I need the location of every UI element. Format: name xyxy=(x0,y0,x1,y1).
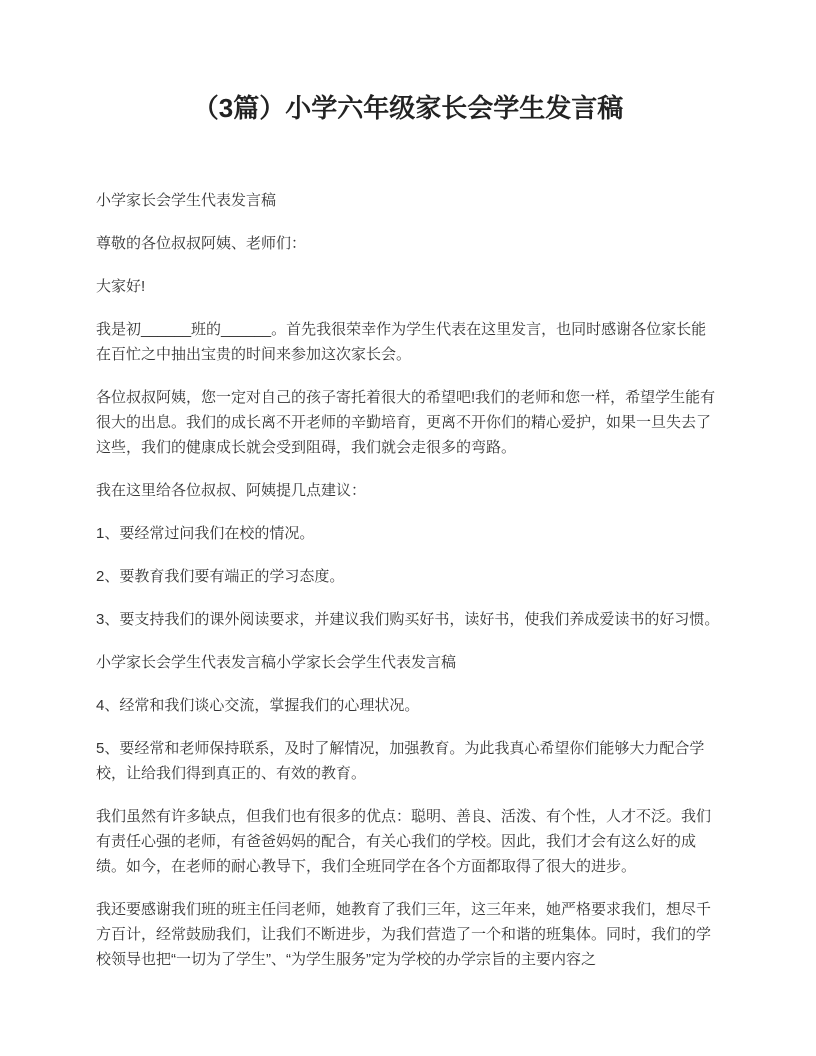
paragraph-suggestion-4: 4、经常和我们谈心交流，掌握我们的心理状况。 xyxy=(96,693,720,718)
document-title: （3篇）小学六年级家长会学生发言稿 xyxy=(96,90,720,126)
paragraph-suggestions-lead: 我在这里给各位叔叔、阿姨提几点建议： xyxy=(96,478,720,503)
paragraph-strengths: 我们虽然有许多缺点，但我们也有很多的优点：聪明、善良、活泼、有个性，人才不泛。我… xyxy=(96,804,720,879)
paragraph-thanks-teacher: 我还要感谢我们班的班主任闫老师，她教育了我们三年，这三年来，她严格要求我们，想尽… xyxy=(96,897,720,972)
paragraph-salutation: 尊敬的各位叔叔阿姨、老师们： xyxy=(96,231,720,256)
paragraph-suggestion-1: 1、要经常过问我们在校的情况。 xyxy=(96,521,720,546)
paragraph-subtitle: 小学家长会学生代表发言稿 xyxy=(96,188,720,213)
document-page: （3篇）小学六年级家长会学生发言稿 小学家长会学生代表发言稿 尊敬的各位叔叔阿姨… xyxy=(0,0,816,1056)
paragraph-greeting: 大家好! xyxy=(96,274,720,299)
document-body: 小学家长会学生代表发言稿 尊敬的各位叔叔阿姨、老师们： 大家好! 我是初____… xyxy=(96,188,720,972)
paragraph-hopes: 各位叔叔阿姨，您一定对自己的孩子寄托着很大的希望吧!我们的老师和您一样，希望学生… xyxy=(96,385,720,460)
paragraph-intro: 我是初______班的______。首先我很荣幸作为学生代表在这里发言，也同时感… xyxy=(96,317,720,367)
paragraph-suggestion-3: 3、要支持我们的课外阅读要求，并建议我们购买好书，读好书，使我们养成爱读书的好习… xyxy=(96,607,720,632)
paragraph-repeated-subtitle: 小学家长会学生代表发言稿小学家长会学生代表发言稿 xyxy=(96,650,720,675)
paragraph-suggestion-2: 2、要教育我们要有端正的学习态度。 xyxy=(96,564,720,589)
paragraph-suggestion-5: 5、要经常和老师保持联系，及时了解情况，加强教育。为此我真心希望你们能够大力配合… xyxy=(96,736,720,786)
